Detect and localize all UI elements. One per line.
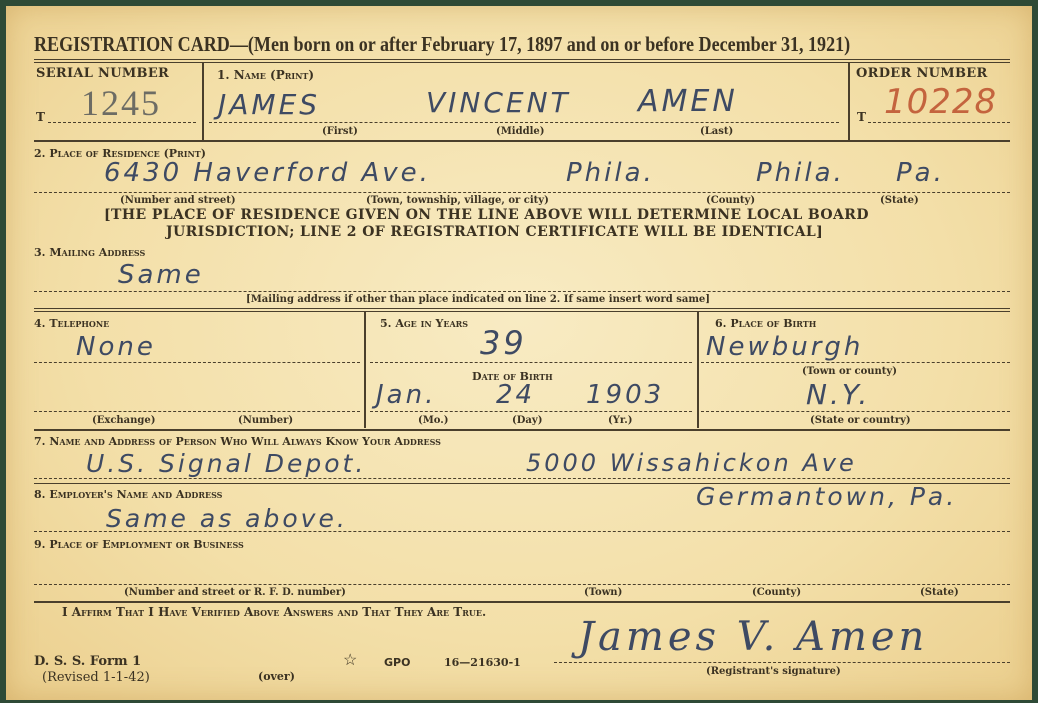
employment-place-line [34,584,1010,585]
last-name-value: AMEN [638,84,738,119]
employer-label: 8. Employer's Name and Address [34,488,222,501]
row-rule [34,601,1010,603]
signature-caption: (Registrant's signature) [706,666,841,677]
residence-notice-line2: JURISDICTION; LINE 2 OF REGISTRATION CER… [166,224,823,240]
age-label: 5. Age in Years [380,317,468,330]
caption-month: (Mo.) [418,415,449,426]
birthplace-label: 6. Place of Birth [715,317,816,330]
form-revised: (Revised 1-1-42) [42,670,150,685]
divider [697,312,699,428]
caption-middle: (Middle) [496,126,544,137]
caption-street: (Number and street) [120,195,236,206]
contact-person-value-3: Germantown, Pa. [696,482,957,511]
birthplace-town-value: Newburgh [706,332,863,362]
caption-state: (State) [880,195,919,206]
name-line [209,122,839,123]
mailing-label: 3. Mailing Address [34,246,145,259]
telephone-line [34,362,360,363]
card-title: REGISTRATION CARD—(Men born on or after … [34,32,850,57]
birthplace-line [701,362,1010,363]
dob-month-value: Jan. [376,380,436,410]
first-name-value: JAMES [218,88,320,121]
affirmation-text: I Affirm That I Have Verified Above Answ… [62,605,486,619]
contact-person-line [34,478,1010,479]
caption-birth-state: (State or country) [810,415,911,426]
caption-first: (First) [322,126,358,137]
signature-line [554,662,1010,663]
caption-birth-town: (Town or county) [802,366,897,377]
row-rule [34,308,1010,312]
mailing-line [34,291,1010,292]
caption-number: (Number) [238,415,293,426]
over-note: (over) [258,670,295,683]
gpo-code: 16—21630-1 [444,656,521,669]
residence-street-value: 6430 Haverford Ave. [104,158,431,188]
telephone-line-2 [34,411,360,412]
row-rule [34,140,1010,142]
residence-line [34,192,1010,193]
age-line [370,362,692,363]
gpo-mark: GPO [384,656,410,669]
star-icon: ☆ [343,650,357,669]
contact-person-label: 7. Name and Address of Person Who Will A… [34,435,441,448]
caption-day: (Day) [512,415,542,426]
caption-town: (Town, township, village, or city) [366,195,549,206]
employment-place-label: 9. Place of Employment or Business [34,538,244,551]
order-number-value: 10228 [884,82,997,122]
divider [364,312,366,428]
caption-emp-street: (Number and street or R. F. D. number) [124,587,346,598]
contact-person-value-1: U.S. Signal Depot. [86,449,366,478]
birthplace-state-value: N.Y. [806,378,870,411]
contact-person-value-2: 5000 Wissahickon Ave [526,449,857,477]
birthplace-state-line [701,411,1010,412]
telephone-label: 4. Telephone [34,317,109,330]
form-name: D. S. S. Form 1 [34,654,141,669]
caption-last: (Last) [700,126,733,137]
order-line [868,122,1010,123]
dob-line [370,411,692,412]
registration-card: REGISTRATION CARD—(Men born on or after … [6,6,1032,700]
caption-emp-state: (State) [920,587,959,598]
employer-value: Same as above. [106,504,348,533]
order-number-label: ORDER NUMBER [856,66,988,81]
residence-notice-line1: [THE PLACE OF RESIDENCE GIVEN ON THE LIN… [104,207,869,223]
serial-prefix: T [36,110,45,124]
caption-emp-county: (County) [752,587,801,598]
residence-town-value: Phila. [566,158,655,188]
middle-name-value: VINCENT [426,86,571,119]
mailing-caption: [Mailing address if other than place ind… [246,294,710,305]
dob-year-value: 1903 [586,380,664,410]
divider [848,63,850,140]
serial-number-value: 1245 [81,82,161,124]
serial-number-label: SERIAL NUMBER [36,66,169,81]
divider [202,63,204,140]
caption-emp-town: (Town) [584,587,622,598]
residence-county-value: Phila. [756,158,845,188]
title-rule [34,59,1010,63]
caption-county: (County) [706,195,755,206]
order-prefix: T [857,110,866,124]
dob-day-value: 24 [496,380,535,410]
residence-state-value: Pa. [896,158,945,188]
name-label: 1. Name (Print) [217,68,314,82]
caption-year: (Yr.) [608,415,632,426]
telephone-value: None [76,332,156,362]
row-rule [34,429,1010,431]
caption-exchange: (Exchange) [92,415,156,426]
age-value: 39 [480,324,527,362]
mailing-value: Same [118,260,204,290]
signature-value: James V. Amen [578,614,928,660]
